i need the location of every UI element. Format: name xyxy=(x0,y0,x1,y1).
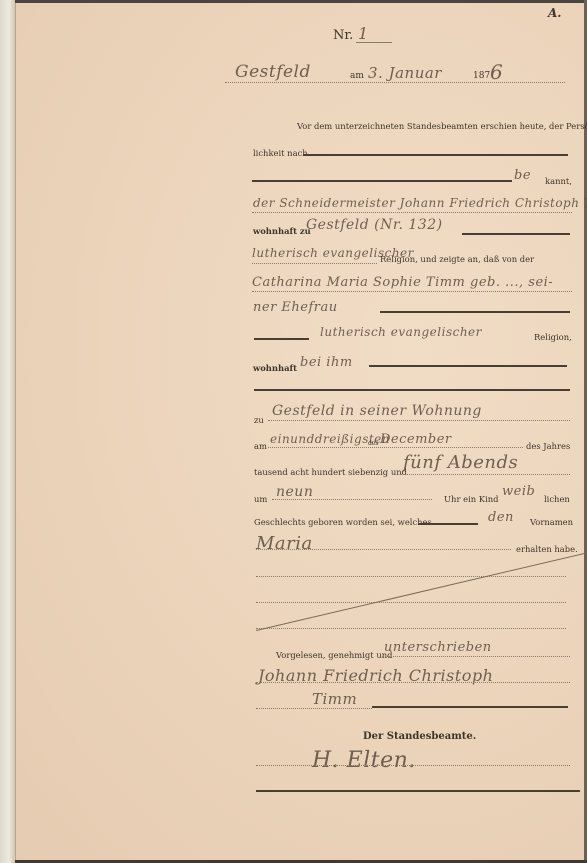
rule xyxy=(252,180,512,182)
rule xyxy=(380,311,570,313)
year-hand: fünf Abends xyxy=(403,452,518,473)
mother-hand-2: ner Ehefrau xyxy=(253,300,338,315)
place-handwritten: Gestfeld xyxy=(235,62,311,82)
residence-hand: Gestfeld (Nr. 132) xyxy=(306,217,443,233)
mother-residence-prefix: wohnhaft xyxy=(253,363,297,373)
line3-suffix: kannt, xyxy=(545,176,572,186)
rule xyxy=(252,263,377,264)
year-text: tausend acht hundert siebenzig und xyxy=(254,467,407,477)
religion-suffix: Religion, und zeigte an, daß von der xyxy=(380,254,534,264)
sex-hand: weib xyxy=(502,484,535,499)
mother-religion-suffix: Religion, xyxy=(534,332,572,342)
birthplace-hand: Gestfeld in seiner Wohnung xyxy=(272,403,482,419)
record-number-label: Nr. xyxy=(333,28,353,43)
date-handwritten: 3. Januar xyxy=(368,64,442,82)
rule xyxy=(462,233,570,235)
book-binding-edge xyxy=(0,0,16,863)
page-top-edge xyxy=(15,0,587,3)
mother-residence-hand: bei ihm xyxy=(300,355,353,370)
name-suffix: Vornamen xyxy=(530,517,573,527)
mother-hand: Catharina Maria Sophie Timm geb. ..., se… xyxy=(252,275,553,290)
month-connector: des xyxy=(368,440,378,447)
month-hand: December xyxy=(380,432,452,447)
rule xyxy=(418,523,478,525)
rule xyxy=(256,708,372,709)
time-hand: neun xyxy=(276,484,313,500)
mother-religion-hand: lutherisch evangelischer xyxy=(320,325,482,339)
signed-hand: unterschrieben xyxy=(384,640,492,655)
informant-hand: der Schneidermeister Johann Friedrich Ch… xyxy=(253,196,587,210)
year-suffix: des Jahres xyxy=(526,441,570,451)
rule xyxy=(256,682,570,683)
birthplace-prefix: zu xyxy=(254,415,264,425)
time-suffix: Uhr ein Kind xyxy=(444,494,499,504)
day-prefix: am xyxy=(254,441,267,451)
rule xyxy=(254,389,570,391)
line3-hand: be xyxy=(514,168,531,183)
year-handwritten: 6 xyxy=(490,60,503,84)
corner-mark: A. xyxy=(548,6,562,20)
rule xyxy=(256,790,580,792)
signature-hand-2: Timm xyxy=(312,690,357,708)
rule xyxy=(256,765,570,766)
received-suffix: erhalten habe. xyxy=(516,544,578,554)
rule xyxy=(268,420,570,421)
unused-line xyxy=(256,576,566,577)
rule xyxy=(256,549,511,550)
rule xyxy=(268,447,523,448)
sex-suffix: lichen xyxy=(544,494,570,504)
official-signature-hand: H. Elten. xyxy=(312,748,416,773)
record-number-line xyxy=(356,42,392,43)
official-title: Der Standesbeamte. xyxy=(363,731,476,742)
rule xyxy=(400,474,570,475)
time-prefix: um xyxy=(254,494,267,504)
date-prefix: am xyxy=(350,71,364,81)
rule xyxy=(252,212,572,213)
intro-line: Vor dem unterzeichneten Standesbeamten e… xyxy=(297,121,587,131)
gender-line: Geschlechts geboren worden sei, welches xyxy=(254,517,432,527)
name-hand-prefix: den xyxy=(488,510,514,525)
line2-prefix: lichkeit nach xyxy=(253,148,308,158)
rule xyxy=(303,154,568,156)
record-number-value: 1 xyxy=(358,24,369,43)
read-line: Vorgelesen, genehmigt und xyxy=(276,650,392,660)
rule xyxy=(372,706,568,708)
unused-line xyxy=(256,628,566,629)
rule xyxy=(382,656,570,657)
register-page: A. Nr. 1 Gestfeld am 3. Januar 187 6 Vor… xyxy=(0,0,587,863)
rule xyxy=(254,338,309,340)
place-date-line xyxy=(225,82,565,83)
rule xyxy=(252,291,572,292)
year-printed: 187 xyxy=(473,71,490,81)
cancellation-stroke xyxy=(256,551,587,631)
residence-prefix: wohnhaft zu xyxy=(253,226,311,236)
rule xyxy=(369,365,567,367)
unused-line xyxy=(256,602,566,603)
rule xyxy=(272,499,432,500)
given-name-hand: Maria xyxy=(256,533,313,554)
